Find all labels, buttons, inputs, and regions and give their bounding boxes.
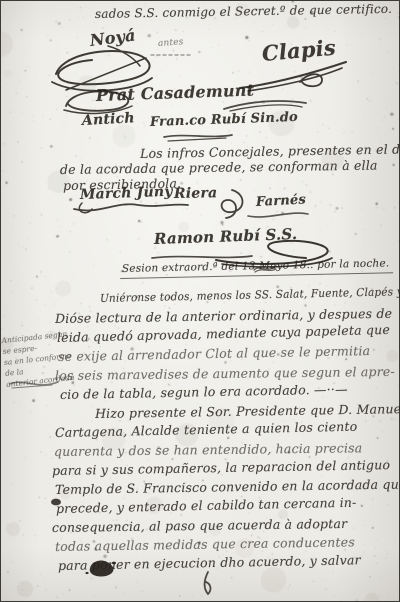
signature-march: March Juny [80,185,173,204]
conformity-line-2: de la acordada que precede, se conforman… [60,159,378,177]
minutes-line: precede, y enterado el cabildo tan cerca… [56,496,357,516]
minutes-line: leida quedó aprovada, mediante cuya pape… [57,323,390,345]
minutes-line: para si y sus compañeros, la reparacion … [52,458,390,478]
manuscript-page: sados S.S. conmigo el Secret.º de que ce… [0,0,400,602]
closing-line: sados S.S. conmigo el Secret.º de que ce… [95,3,392,21]
rubi-underline-flourish [162,131,234,144]
minutes-line: Cartagena, Alcalde teniente a quien los … [55,420,358,440]
signature-small-scribble: antes [158,38,184,50]
minutes-line: cio de la tabla, segun lo era acordado. … [60,382,348,401]
minutes-line: quarenta y dos se han entendido, hacia p… [54,441,363,459]
signature-farnes: Farnés [256,193,307,210]
riera-rubric-flourish [212,186,250,222]
minutes-line: los seis maravedises de aumento que segu… [55,365,395,383]
minutes-line: Uniéronse todos, menos los SS. Salat, Fu… [100,285,400,305]
signature-prat-casademunt: Prat Casademunt [96,81,255,104]
signature-noya: Noyá [89,26,137,49]
minutes-line: se exije al arrendador Clot al que se le… [58,344,370,364]
session-header: Sesion extraord.ª del 13 Mayo 18.. por l… [120,258,394,278]
minutes-line: para poner en ejecucion dho acuerdo, y s… [58,553,361,573]
minutes-line: Templo de S. Francisco convenido en la a… [55,477,400,496]
signature-clapis: Clapis [261,36,337,65]
small-scribble-dashes [150,52,192,58]
minutes-line: consequencia, al paso que acuerda à adop… [52,517,347,535]
signature-rubi-sindico: Fran.co Rubí Sin.do [150,111,298,130]
signature-antich: Antich [82,111,135,129]
minutes-line: todas aquellas medidas que crea conducen… [55,535,355,553]
signature-riera: Riera [174,186,218,202]
signature-ramon-rubi: Ramon Rubí S.S. [154,226,298,247]
stray-descender-mark [200,570,216,596]
